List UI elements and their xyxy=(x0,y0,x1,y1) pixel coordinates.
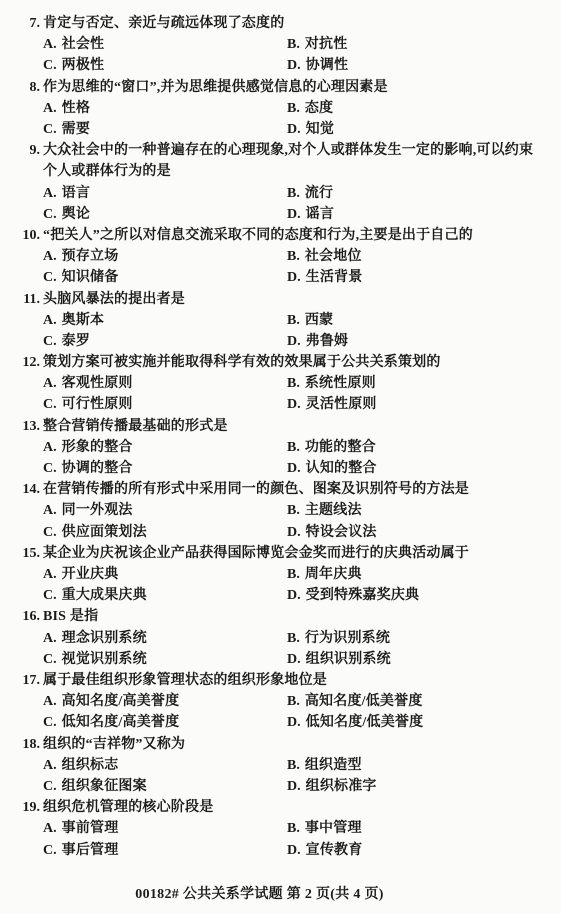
option-A: A.奥斯本 xyxy=(43,310,104,331)
option-label: D. xyxy=(287,397,301,412)
question-text: “把关人”之所以对信息交流采取不同的态度和行为,主要是出于自己的 xyxy=(43,228,473,243)
option-B: B.流行 xyxy=(287,183,333,204)
option-C: C.泰罗 xyxy=(43,331,90,352)
option-A: A.开业庆典 xyxy=(43,564,118,585)
option-text: 系统性原则 xyxy=(305,376,376,391)
option-B: B.周年庆典 xyxy=(287,564,362,585)
question-number: 10. xyxy=(14,225,40,246)
option-label: A. xyxy=(43,186,57,201)
option-A: A.理念识别系统 xyxy=(43,628,147,649)
option-B: B.社会地位 xyxy=(287,246,362,267)
option-C: C.需要 xyxy=(43,119,90,140)
option-text: 组织象征图案 xyxy=(62,779,147,794)
option-text: 协调的整合 xyxy=(62,461,133,476)
option-label: A. xyxy=(43,313,57,328)
option-D: D.受到特殊嘉奖庆典 xyxy=(287,585,419,606)
option-text: 周年庆典 xyxy=(305,567,362,582)
option-label: C. xyxy=(43,207,57,222)
option-row: A.同一外观法B.主题线法 xyxy=(0,500,561,521)
option-label: C. xyxy=(43,525,57,540)
option-D: D.宣传教育 xyxy=(287,840,362,861)
option-B: B.西蒙 xyxy=(287,310,333,331)
question-number: 15. xyxy=(14,543,40,564)
option-label: A. xyxy=(43,376,57,391)
footer-text: 00182# 公共关系学试题 第 2 页(共 4 页) xyxy=(135,887,383,902)
option-B: B.主题线法 xyxy=(287,500,362,521)
option-text: 主题线法 xyxy=(305,503,362,518)
option-label: A. xyxy=(43,821,57,836)
option-text: 重大成果庆典 xyxy=(62,588,147,603)
question-number: 9. xyxy=(14,140,40,161)
question-text: 大众社会中的一种普遍存在的心理现象,对个人或群体发生一定的影响,可以约束 xyxy=(43,143,533,158)
question-text-wrap-line: 个人或群体行为的是 xyxy=(0,161,561,182)
option-B: B.行为识别系统 xyxy=(287,628,390,649)
question-text-line: 11.头脑风暴法的提出者是 xyxy=(0,289,561,310)
option-label: B. xyxy=(287,631,300,646)
option-row: A.理念识别系统B.行为识别系统 xyxy=(0,628,561,649)
page-footer: 00182# 公共关系学试题 第 2 页(共 4 页) xyxy=(0,884,561,905)
option-text: 理念识别系统 xyxy=(62,631,147,646)
question-text: BIS 是指 xyxy=(43,609,98,624)
question-text-line: 10.“把关人”之所以对信息交流采取不同的态度和行为,主要是出于自己的 xyxy=(0,225,561,246)
question-text-line: 8.作为思维的“窗口”,并为思维提供感觉信息的心理因素是 xyxy=(0,77,561,98)
option-D: D.组织识别系统 xyxy=(287,649,391,670)
option-text: 谣言 xyxy=(306,207,334,222)
option-C: C.两极性 xyxy=(43,55,104,76)
option-text: 社会地位 xyxy=(305,249,362,264)
option-row: C.需要D.知觉 xyxy=(0,119,561,140)
question-number: 14. xyxy=(14,479,40,500)
question-text-line: 15.某企业为庆祝该企业产品获得国际博览会金奖而进行的庆典活动属于 xyxy=(0,543,561,564)
question-number: 17. xyxy=(14,670,40,691)
option-A: A.性格 xyxy=(43,98,90,119)
option-label: B. xyxy=(287,440,300,455)
question-18: 18.组织的“吉祥物”又称为A.组织标志B.组织造型C.组织象征图案D.组织标准… xyxy=(0,734,561,798)
option-text: 同一外观法 xyxy=(62,503,133,518)
option-B: B.组织造型 xyxy=(287,755,362,776)
option-B: B.对抗性 xyxy=(287,34,347,55)
question-text-line: 14.在营销传播的所有形式中采用同一的颜色、图案及识别符号的方法是 xyxy=(0,479,561,500)
question-9: 9.大众社会中的一种普遍存在的心理现象,对个人或群体发生一定的影响,可以约束个人… xyxy=(0,140,561,225)
option-D: D.低知名度/低美誉度 xyxy=(287,712,423,733)
option-label: D. xyxy=(287,779,301,794)
option-text: 事前管理 xyxy=(62,821,119,836)
option-D: D.弗鲁姆 xyxy=(287,331,348,352)
question-text: 作为思维的“窗口”,并为思维提供感觉信息的心理因素是 xyxy=(43,80,388,95)
option-A: A.语言 xyxy=(43,183,90,204)
question-text-line: 19.组织危机管理的核心阶段是 xyxy=(0,797,561,818)
option-label: D. xyxy=(287,122,301,137)
option-B: B.事中管理 xyxy=(287,818,362,839)
option-row: C.组织象征图案D.组织标准字 xyxy=(0,776,561,797)
option-A: A.事前管理 xyxy=(43,818,118,839)
question-number: 19. xyxy=(14,797,40,818)
option-text: 高知名度/低美誉度 xyxy=(305,694,423,709)
option-label: A. xyxy=(43,249,57,264)
option-A: A.形象的整合 xyxy=(43,437,133,458)
question-13: 13.整合营销传播最基础的形式是A.形象的整合B.功能的整合C.协调的整合D.认… xyxy=(0,416,561,480)
option-label: C. xyxy=(43,588,57,603)
option-row: A.语言B.流行 xyxy=(0,183,561,204)
option-C: C.供应面策划法 xyxy=(43,522,147,543)
option-label: A. xyxy=(43,37,57,52)
option-text: 组织识别系统 xyxy=(306,652,391,667)
option-text: 奥斯本 xyxy=(62,313,105,328)
option-label: B. xyxy=(287,249,300,264)
exam-page: 7.肯定与否定、亲近与疏远体现了态度的A.社会性B.对抗性C.两极性D.协调性8… xyxy=(0,0,561,914)
option-label: B. xyxy=(287,101,300,116)
option-text: 协调性 xyxy=(306,58,349,73)
question-number: 12. xyxy=(14,352,40,373)
option-label: C. xyxy=(43,779,57,794)
option-A: A.高知名度/高美誉度 xyxy=(43,691,179,712)
option-label: D. xyxy=(287,334,301,349)
question-text: 在营销传播的所有形式中采用同一的颜色、图案及识别符号的方法是 xyxy=(43,482,469,497)
option-label: C. xyxy=(43,397,57,412)
option-label: D. xyxy=(287,525,301,540)
option-text: 知识储备 xyxy=(62,270,119,285)
option-label: C. xyxy=(43,58,57,73)
option-text: 组织标志 xyxy=(62,758,119,773)
option-text: 供应面策划法 xyxy=(62,525,147,540)
option-row: C.知识储备D.生活背景 xyxy=(0,267,561,288)
option-text: 低知名度/高美誉度 xyxy=(62,715,180,730)
option-C: C.视觉识别系统 xyxy=(43,649,147,670)
option-text: 舆论 xyxy=(62,207,90,222)
option-text: 低知名度/低美誉度 xyxy=(306,715,424,730)
option-A: A.同一外观法 xyxy=(43,500,133,521)
option-row: C.可行性原则D.灵活性原则 xyxy=(0,394,561,415)
option-row: C.事后管理D.宣传教育 xyxy=(0,840,561,861)
option-A: A.客观性原则 xyxy=(43,373,133,394)
question-text: 某企业为庆祝该企业产品获得国际博览会金奖而进行的庆典活动属于 xyxy=(43,546,469,561)
question-number: 13. xyxy=(14,416,40,437)
option-label: B. xyxy=(287,694,300,709)
option-text: 生活背景 xyxy=(306,270,363,285)
option-D: D.组织标准字 xyxy=(287,776,377,797)
option-text: 形象的整合 xyxy=(62,440,133,455)
option-row: A.性格B.态度 xyxy=(0,98,561,119)
option-text: 组织造型 xyxy=(305,758,362,773)
option-A: A.组织标志 xyxy=(43,755,118,776)
option-label: B. xyxy=(287,758,300,773)
option-text: 西蒙 xyxy=(305,313,333,328)
option-B: B.系统性原则 xyxy=(287,373,376,394)
option-row: C.供应面策划法D.特设会议法 xyxy=(0,522,561,543)
option-text: 对抗性 xyxy=(305,37,348,52)
option-A: A.社会性 xyxy=(43,34,104,55)
question-text: 组织的“吉祥物”又称为 xyxy=(43,737,185,752)
option-label: B. xyxy=(287,37,300,52)
question-text-line: 12.策划方案可被实施并能取得科学有效的效果属于公共关系策划的 xyxy=(0,352,561,373)
option-text: 弗鲁姆 xyxy=(306,334,349,349)
question-number: 11. xyxy=(14,289,40,310)
question-text: 个人或群体行为的是 xyxy=(43,164,171,179)
option-C: C.可行性原则 xyxy=(43,394,133,415)
option-label: D. xyxy=(287,270,301,285)
option-text: 知觉 xyxy=(306,122,334,137)
option-label: C. xyxy=(43,122,57,137)
option-B: B.高知名度/低美誉度 xyxy=(287,691,423,712)
option-label: B. xyxy=(287,313,300,328)
option-text: 语言 xyxy=(62,186,90,201)
option-row: A.事前管理B.事中管理 xyxy=(0,818,561,839)
option-text: 认知的整合 xyxy=(306,461,377,476)
option-text: 性格 xyxy=(62,101,90,116)
option-label: C. xyxy=(43,270,57,285)
question-text-line: 7.肯定与否定、亲近与疏远体现了态度的 xyxy=(0,13,561,34)
question-text-line: 17.属于最佳组织形象管理状态的组织形象地位是 xyxy=(0,670,561,691)
question-14: 14.在营销传播的所有形式中采用同一的颜色、图案及识别符号的方法是A.同一外观法… xyxy=(0,479,561,543)
option-label: B. xyxy=(287,186,300,201)
option-text: 事后管理 xyxy=(62,843,119,858)
option-D: D.协调性 xyxy=(287,55,348,76)
question-19: 19.组织危机管理的核心阶段是A.事前管理B.事中管理C.事后管理D.宣传教育 xyxy=(0,797,561,861)
question-15: 15.某企业为庆祝该企业产品获得国际博览会金奖而进行的庆典活动属于A.开业庆典B… xyxy=(0,543,561,607)
option-text: 流行 xyxy=(305,186,333,201)
option-row: C.舆论D.谣言 xyxy=(0,204,561,225)
option-C: C.重大成果庆典 xyxy=(43,585,147,606)
option-label: D. xyxy=(287,843,301,858)
option-row: A.开业庆典B.周年庆典 xyxy=(0,564,561,585)
option-label: D. xyxy=(287,652,301,667)
option-text: 需要 xyxy=(62,122,90,137)
option-label: C. xyxy=(43,652,57,667)
option-row: A.高知名度/高美誉度B.高知名度/低美誉度 xyxy=(0,691,561,712)
option-text: 高知名度/高美誉度 xyxy=(62,694,180,709)
option-B: B.态度 xyxy=(287,98,333,119)
option-label: C. xyxy=(43,715,57,730)
option-row: C.泰罗D.弗鲁姆 xyxy=(0,331,561,352)
option-C: C.事后管理 xyxy=(43,840,118,861)
question-text-line: 18.组织的“吉祥物”又称为 xyxy=(0,734,561,755)
option-row: A.组织标志B.组织造型 xyxy=(0,755,561,776)
question-11: 11.头脑风暴法的提出者是A.奥斯本B.西蒙C.泰罗D.弗鲁姆 xyxy=(0,289,561,353)
option-label: D. xyxy=(287,461,301,476)
option-label: D. xyxy=(287,715,301,730)
question-12: 12.策划方案可被实施并能取得科学有效的效果属于公共关系策划的A.客观性原则B.… xyxy=(0,352,561,416)
option-row: C.低知名度/高美誉度D.低知名度/低美誉度 xyxy=(0,712,561,733)
option-text: 两极性 xyxy=(62,58,105,73)
option-text: 灵活性原则 xyxy=(306,397,377,412)
option-text: 视觉识别系统 xyxy=(62,652,147,667)
option-C: C.低知名度/高美誉度 xyxy=(43,712,179,733)
option-text: 受到特殊嘉奖庆典 xyxy=(306,588,420,603)
question-8: 8.作为思维的“窗口”,并为思维提供感觉信息的心理因素是A.性格B.态度C.需要… xyxy=(0,77,561,141)
option-label: A. xyxy=(43,101,57,116)
option-text: 社会性 xyxy=(62,37,105,52)
option-row: C.视觉识别系统D.组织识别系统 xyxy=(0,649,561,670)
question-number: 8. xyxy=(14,77,40,98)
option-text: 开业庆典 xyxy=(62,567,119,582)
option-D: D.知觉 xyxy=(287,119,334,140)
option-row: A.客观性原则B.系统性原则 xyxy=(0,373,561,394)
option-row: A.社会性B.对抗性 xyxy=(0,34,561,55)
option-label: B. xyxy=(287,567,300,582)
option-text: 态度 xyxy=(305,101,333,116)
option-label: A. xyxy=(43,694,57,709)
question-16: 16.BIS 是指A.理念识别系统B.行为识别系统C.视觉识别系统D.组织识别系… xyxy=(0,606,561,670)
option-C: C.舆论 xyxy=(43,204,90,225)
question-text: 肯定与否定、亲近与疏远体现了态度的 xyxy=(43,16,284,31)
option-label: C. xyxy=(43,461,57,476)
question-text: 头脑风暴法的提出者是 xyxy=(43,292,185,307)
question-text: 组织危机管理的核心阶段是 xyxy=(43,800,213,815)
option-label: C. xyxy=(43,334,57,349)
option-text: 组织标准字 xyxy=(306,779,377,794)
option-D: D.认知的整合 xyxy=(287,458,377,479)
question-17: 17.属于最佳组织形象管理状态的组织形象地位是A.高知名度/高美誉度B.高知名度… xyxy=(0,670,561,734)
option-D: D.谣言 xyxy=(287,204,334,225)
option-label: B. xyxy=(287,376,300,391)
option-text: 预存立场 xyxy=(62,249,119,264)
option-label: D. xyxy=(287,58,301,73)
option-label: A. xyxy=(43,631,57,646)
option-C: C.知识储备 xyxy=(43,267,118,288)
question-text-line: 9.大众社会中的一种普遍存在的心理现象,对个人或群体发生一定的影响,可以约束 xyxy=(0,140,561,161)
option-text: 宣传教育 xyxy=(306,843,363,858)
option-label: C. xyxy=(43,843,57,858)
option-label: A. xyxy=(43,567,57,582)
option-label: A. xyxy=(43,440,57,455)
question-7: 7.肯定与否定、亲近与疏远体现了态度的A.社会性B.对抗性C.两极性D.协调性 xyxy=(0,13,561,77)
question-text: 属于最佳组织形象管理状态的组织形象地位是 xyxy=(43,673,327,688)
option-row: C.协调的整合D.认知的整合 xyxy=(0,458,561,479)
option-B: B.功能的整合 xyxy=(287,437,376,458)
option-label: B. xyxy=(287,821,300,836)
option-text: 客观性原则 xyxy=(62,376,133,391)
option-label: A. xyxy=(43,758,57,773)
option-text: 泰罗 xyxy=(62,334,90,349)
option-label: B. xyxy=(287,503,300,518)
question-text-line: 13.整合营销传播最基础的形式是 xyxy=(0,416,561,437)
question-text-line: 16.BIS 是指 xyxy=(0,606,561,627)
option-row: A.奥斯本B.西蒙 xyxy=(0,310,561,331)
option-text: 特设会议法 xyxy=(306,525,377,540)
option-label: D. xyxy=(287,207,301,222)
option-row: A.预存立场B.社会地位 xyxy=(0,246,561,267)
question-number: 7. xyxy=(14,13,40,34)
question-number: 16. xyxy=(14,606,40,627)
question-10: 10.“把关人”之所以对信息交流采取不同的态度和行为,主要是出于自己的A.预存立… xyxy=(0,225,561,289)
option-D: D.特设会议法 xyxy=(287,522,377,543)
question-list: 7.肯定与否定、亲近与疏远体现了态度的A.社会性B.对抗性C.两极性D.协调性8… xyxy=(0,13,561,861)
question-number: 18. xyxy=(14,734,40,755)
option-D: D.生活背景 xyxy=(287,267,362,288)
option-row: C.两极性D.协调性 xyxy=(0,55,561,76)
option-text: 功能的整合 xyxy=(305,440,376,455)
option-A: A.预存立场 xyxy=(43,246,118,267)
option-label: A. xyxy=(43,503,57,518)
option-D: D.灵活性原则 xyxy=(287,394,377,415)
option-row: A.形象的整合B.功能的整合 xyxy=(0,437,561,458)
option-row: C.重大成果庆典D.受到特殊嘉奖庆典 xyxy=(0,585,561,606)
option-text: 可行性原则 xyxy=(62,397,133,412)
question-text: 策划方案可被实施并能取得科学有效的效果属于公共关系策划的 xyxy=(43,355,441,370)
option-C: C.组织象征图案 xyxy=(43,776,147,797)
option-text: 行为识别系统 xyxy=(305,631,390,646)
option-label: D. xyxy=(287,588,301,603)
option-text: 事中管理 xyxy=(305,821,362,836)
question-text: 整合营销传播最基础的形式是 xyxy=(43,419,228,434)
option-C: C.协调的整合 xyxy=(43,458,133,479)
